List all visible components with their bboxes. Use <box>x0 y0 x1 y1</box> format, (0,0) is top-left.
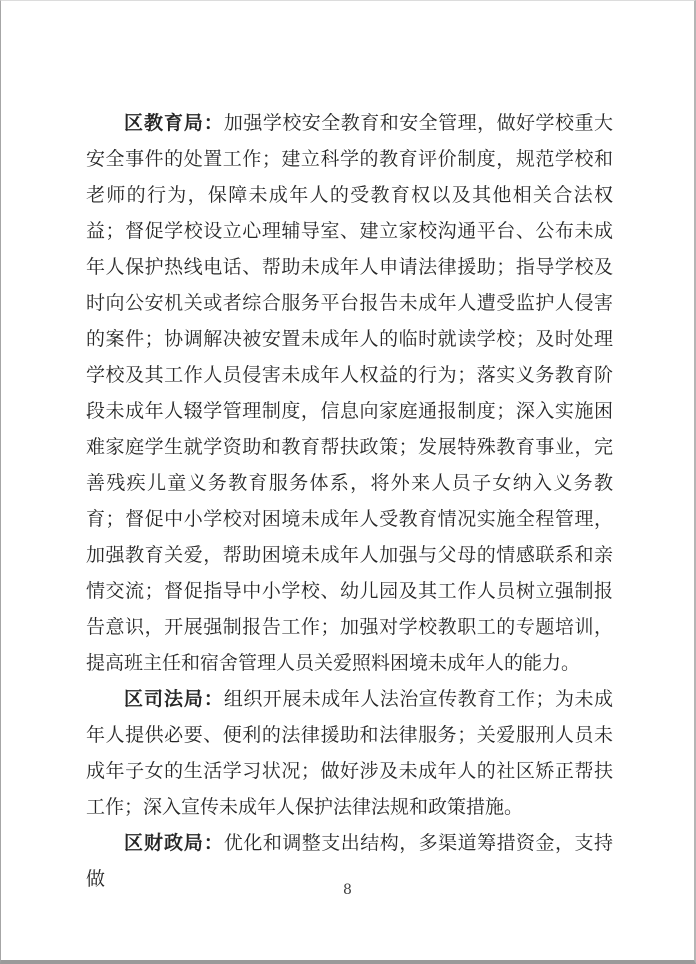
paragraph-education-bureau: 区教育局：加强学校安全教育和安全管理，做好学校重大安全事件的处置工作；建立科学的… <box>86 105 613 681</box>
finance-bureau-label: 区财政局： <box>124 832 224 854</box>
education-bureau-label: 区教育局： <box>124 112 224 134</box>
education-bureau-text: 加强学校安全教育和安全管理，做好学校重大安全事件的处置工作；建立科学的教育评价制… <box>86 112 613 674</box>
justice-bureau-label: 区司法局： <box>124 688 224 710</box>
page-number: 8 <box>1 882 694 898</box>
paragraph-justice-bureau: 区司法局：组织开展未成年人法治宣传教育工作；为未成年人提供必要、便利的法律援助和… <box>86 681 613 825</box>
document-body: 区教育局：加强学校安全教育和安全管理，做好学校重大安全事件的处置工作；建立科学的… <box>86 105 613 897</box>
document-page: 区教育局：加强学校安全教育和安全管理，做好学校重大安全事件的处置工作；建立科学的… <box>0 0 696 964</box>
